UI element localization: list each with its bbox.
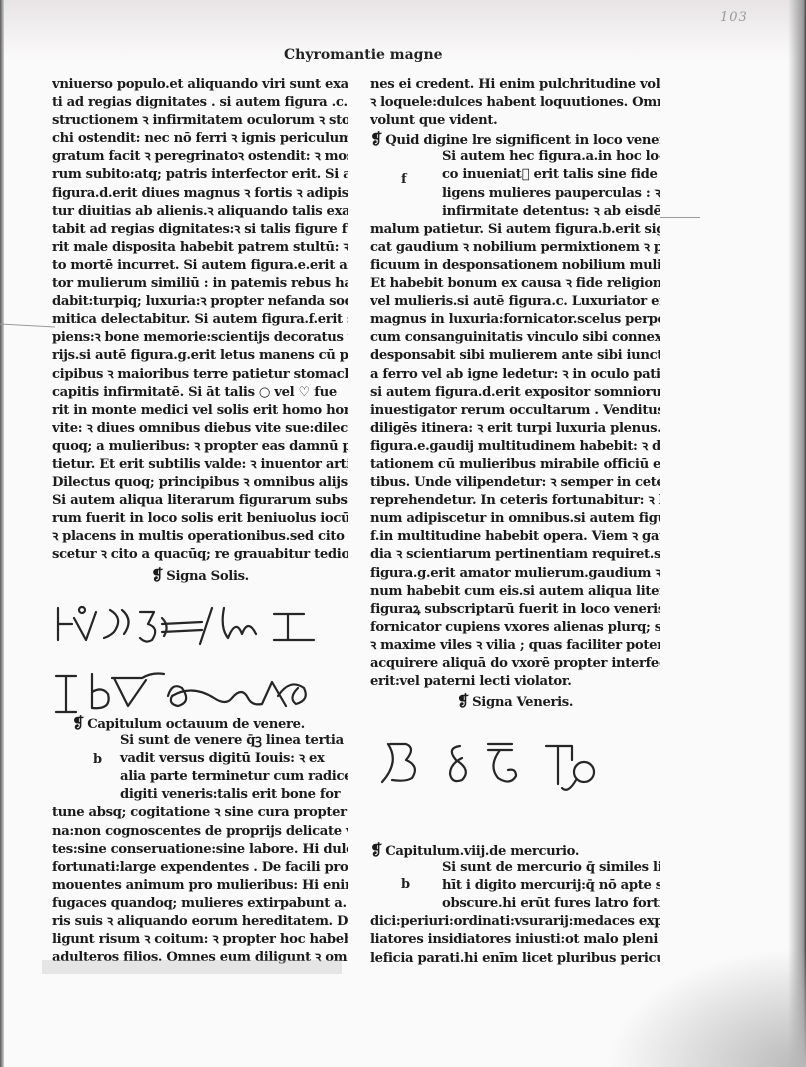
text-line: liatores insidiatores iniusti:ot malo pl… xyxy=(370,931,660,949)
text-line: rijs.si autē figura.g.erit letus manens … xyxy=(52,347,348,365)
text-line: piens:ꝛ bone memorie:scientijs decoratus… xyxy=(52,329,348,347)
text-line: tur diuitias ab alienis.ꝛ aliquando tali… xyxy=(52,203,348,221)
text-line: fugaces quandoq; mulieres extirpabunt a.… xyxy=(52,895,348,913)
scan-artifact-line xyxy=(0,324,55,328)
pilcrow-icon: ❡ xyxy=(370,841,382,859)
text-line: ꝛ placens in multis operationibus.sed ci… xyxy=(52,528,348,546)
scan-shadow-band xyxy=(42,960,342,974)
text-line: figura.d.erit diues magnus ꝛ fortis ꝛ ad… xyxy=(52,185,348,203)
text-line: num habebit cum eis.si autem aliqua lite… xyxy=(370,583,660,601)
text-line: ꝛ maxime viles ꝛ vilia ; quas faciliter … xyxy=(370,637,660,655)
chapter-venus-lines: tune absq; cogitatione ꝛ sine cura propt… xyxy=(52,804,348,967)
text-line: dia ꝛ scientiarum pertinentiam requiret.… xyxy=(370,546,660,564)
text-line: Et habebit bonum ex causa ꝛ fide religio… xyxy=(370,275,660,293)
pilcrow-icon: ❡ xyxy=(151,566,163,584)
pilcrow-icon: ❡ xyxy=(72,714,84,732)
text-line: ligunt risum ꝛ coitum: ꝛ propter hoc hab… xyxy=(52,931,348,949)
section-indented-lines: Si autem hec figura.a.in hoc lo-co inuen… xyxy=(370,148,660,220)
text-line: si autem figura.d.erit expositor somnior… xyxy=(370,384,660,402)
page-edge-right xyxy=(788,0,806,1067)
text-line: quoq; a mulieribus: ꝛ propter eas damnū … xyxy=(52,438,348,456)
text-line: structionem ꝛ infirmitatem oculorum ꝛ st… xyxy=(52,112,348,130)
text-line: dabit:turpiq; luxuria:ꝛ propter nefanda … xyxy=(52,293,348,311)
text-line: magnus in luxuria:fornicator.scelus perp… xyxy=(370,311,660,329)
text-line: Si sunt de venere q̄ꝫ linea tertia xyxy=(52,732,348,750)
left-column-body: vniuerso populo.et aliquando viri sunt e… xyxy=(52,76,348,565)
text-line: vniuerso populo.et aliquando viri sunt e… xyxy=(52,76,348,94)
text-line: tabit ad regias dignitates:ꝛ si talis fi… xyxy=(52,221,348,239)
chapter-mercury-lines: dici:periuri:ordinati:vsurarij:medaces e… xyxy=(370,913,660,967)
solis-sigils-row-1 xyxy=(52,600,332,650)
text-line: to mortē incurret. Si autem figura.e.eri… xyxy=(52,257,348,275)
text-line: acquirere aliquā do vxorē propter interf… xyxy=(370,655,660,673)
text-line: rit male disposita habebit patrem stultū… xyxy=(52,239,348,257)
text-line: inuestigator rerum occultarum . Venditus… xyxy=(370,402,660,420)
text-line: co inueniatᷣ erit talis sine fide di- xyxy=(370,166,660,184)
text-line: ꝛ loquele:dulces habent loquutiones. Omn… xyxy=(370,94,660,112)
chapter-mercury-heading: ❡Capitulum.viij.de mercurio. xyxy=(370,841,660,859)
text-line: cat gaudium ꝛ nobilium permixtionem ꝛ pr… xyxy=(370,239,660,257)
text-line: tor mulierum similiū : in patemis rebus … xyxy=(52,275,348,293)
text-line: vel mulieris.si autē figura.c. Luxuriato… xyxy=(370,293,660,311)
guide-letter: b xyxy=(93,752,102,767)
text-line: desponsabit sibi mulierem ante sibi iunc… xyxy=(370,347,660,365)
pilcrow-icon: ❡ xyxy=(457,692,469,710)
section-heading-venus-letters: ❡Quid digine lre significent in loco ven… xyxy=(370,130,660,148)
text-line: tationem cū mulieribus mirabile officiū … xyxy=(370,456,660,474)
text-line: digiti veneris:talis erit bone for xyxy=(52,786,348,804)
text-line: num adipiscetur in omnibus.si autem figu… xyxy=(370,510,660,528)
text-line: Si sunt de mercurio q̄ similes linee xyxy=(370,859,660,877)
text-line: capitis infirmitatē. Si āt talis ○ vel ♡… xyxy=(52,384,348,402)
text-line: rum subito:atq; patris interfector erit.… xyxy=(52,166,348,184)
text-line: figura.g.erit amator mulierum.gaudium ꝛ … xyxy=(370,565,660,583)
text-line: Si autem hec figura.a.in hoc lo- xyxy=(370,148,660,166)
page-edge-left xyxy=(0,0,4,1067)
text-line: Dilectus quoq; principibus ꝛ omnibus ali… xyxy=(52,474,348,492)
text-line: leficia parati.hi enīm licet pluribus pe… xyxy=(370,950,660,968)
text-line: nes ei credent. Hi enim pulchritudine vo… xyxy=(370,76,660,94)
text-line: mouentes animum pro mulieribus: Hi enim xyxy=(52,877,348,895)
text-line: fornicator cupiens vxores alienas plurq;… xyxy=(370,619,660,637)
text-line: chi ostendit: nec nō ferri ꝛ ignis peric… xyxy=(52,130,348,148)
text-line: ti ad regias dignitates . si autem figur… xyxy=(52,94,348,112)
text-line: na:non cognoscentes de proprijs delicate… xyxy=(52,823,348,841)
text-line: dici:periuri:ordinati:vsurarij:medaces e… xyxy=(370,913,660,931)
signa-solis-caption: ❡Signa Solis. xyxy=(52,566,348,584)
text-line: figuraꝝ subscriptarū fuerit in loco vene… xyxy=(370,601,660,619)
text-line: cum consanguinitatis vinculo sibi connex… xyxy=(370,329,660,347)
text-line: hīt i digito mercurij:q̄ nō apte sunt s; xyxy=(370,877,660,895)
signa-veneris-caption: ❡Signa Veneris. xyxy=(370,692,660,710)
text-line: mitica delectabitur. Si autem figura.f.e… xyxy=(52,311,348,329)
text-line: reprehendetur. In ceteris fortunabitur: … xyxy=(370,492,660,510)
text-line: fortunati:large expendentes . De facili … xyxy=(52,859,348,877)
chapter-mercury: ❡Capitulum.viij.de mercurio. Si sunt de … xyxy=(370,841,660,968)
text-line: gratum facit ꝛ peregrinatoꝛ ostendit: ꝛ … xyxy=(52,148,348,166)
text-line: ligens mulieres pauperculas : ꝛ xyxy=(370,185,660,203)
guide-letter: f xyxy=(401,172,407,187)
text-line: tune absq; cogitatione ꝛ sine cura propt… xyxy=(52,804,348,822)
text-line: ficuum in desponsationem nobilium mulier… xyxy=(370,257,660,275)
section-lines: malum patietur. Si autem figura.b.erit s… xyxy=(370,221,660,691)
chapter-venus-indented-lines: Si sunt de venere q̄ꝫ linea tertiavadit … xyxy=(52,732,348,804)
solis-sigils-row-2 xyxy=(52,668,352,718)
chapter-mercury-indented-lines: Si sunt de mercurio q̄ similes lineehīt … xyxy=(370,859,660,913)
text-line: scetur ꝛ cito a quacūq; re grauabitur te… xyxy=(52,546,348,564)
text-line: rit in monte medici vel solis erit homo … xyxy=(52,402,348,420)
chapter-venus-heading: ❡Capitulum octauum de venere. xyxy=(52,714,348,732)
text-line: tes:sine conseruatione:sine labore. Hi d… xyxy=(52,841,348,859)
text-line: cipibus ꝛ maioribus terre patietur stoma… xyxy=(52,366,348,384)
text-line: Si autem aliqua literarum figurarum subs… xyxy=(52,492,348,510)
text-line: volunt que vident. xyxy=(370,112,660,130)
guide-letter: b xyxy=(401,877,410,892)
text-line: tietur. Et erit subtilis valde: ꝛ inuent… xyxy=(52,456,348,474)
text-line: obscure.hi erūt fures latro fortis falsi xyxy=(370,895,660,913)
pilcrow-icon: ❡ xyxy=(370,130,382,148)
running-head: Chyromantie magne xyxy=(284,47,443,63)
text-line: erit:vel paterni lecti violator. xyxy=(370,673,660,691)
text-line: vite: ꝛ diues omnibus diebus vite sue:di… xyxy=(52,420,348,438)
text-line: ris suis ꝛ aliquando eorum hereditatem. … xyxy=(52,913,348,931)
text-line: tibus. Unde vilipendetur: ꝛ semper in ce… xyxy=(370,474,660,492)
folio-number: 103 xyxy=(720,10,748,25)
text-line: rum fuerit in loco solis erit beniuolus … xyxy=(52,510,348,528)
text-line: malum patietur. Si autem figura.b.erit s… xyxy=(370,221,660,239)
right-column-top-lines: nes ei credent. Hi enim pulchritudine vo… xyxy=(370,76,660,130)
left-column: vniuerso populo.et aliquando viri sunt e… xyxy=(52,76,348,584)
text-line: infirmitate detentus: ꝛ ab eisdē xyxy=(370,203,660,221)
text-line: figura.e.gaudij multitudinem habebit: ꝛ … xyxy=(370,438,660,456)
text-line: alia parte terminetur cum radice xyxy=(52,768,348,786)
veneris-sigils xyxy=(376,736,616,796)
scan-artifact-line xyxy=(660,217,700,218)
text-line: diligēs itinera: ꝛ erit turpi luxuria pl… xyxy=(370,420,660,438)
text-line: a ferro vel ab igne ledetur: ꝛ in oculo … xyxy=(370,366,660,384)
right-column: nes ei credent. Hi enim pulchritudine vo… xyxy=(370,76,660,710)
text-line: f.in multitudine habebit opera. Viem ꝛ g… xyxy=(370,528,660,546)
